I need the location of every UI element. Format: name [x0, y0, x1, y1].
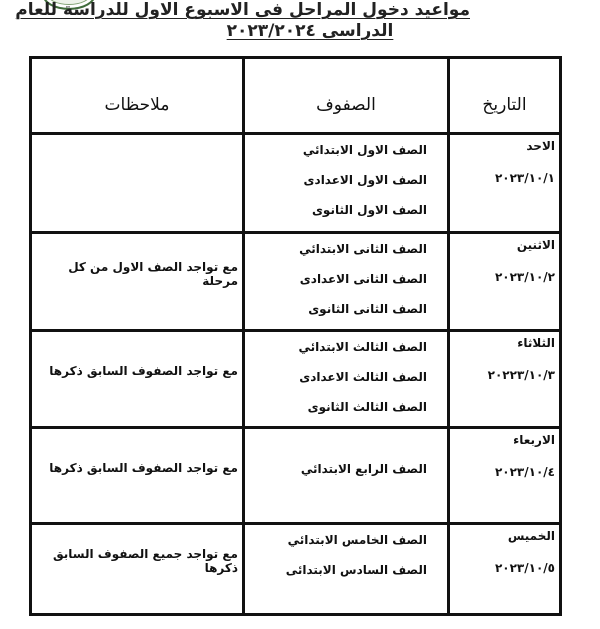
column-header-date-label: التاريخ	[482, 95, 526, 115]
date-cell: الاحد ٢٠٢٣/١٠/١	[449, 134, 561, 233]
grade-item: الصف السادس الابتدائى	[245, 555, 447, 585]
date-value: ٢٠٢٢٣/١٠/٣	[450, 368, 555, 382]
notes-cell: مع تواجد الصف الاول من كل مرحلة	[31, 233, 244, 331]
day-name: الاثنين	[450, 238, 555, 252]
column-header-grades-label: الصفوف	[316, 95, 376, 115]
column-header-date: التاريخ	[449, 58, 561, 134]
notes-cell	[31, 134, 244, 233]
note-text: مع تواجد الصفوف السابق ذكرها	[49, 364, 238, 378]
table-header-row: التاريخ الصفوف ملاحظات	[31, 58, 561, 134]
date-cell: الاربعاء ٢٠٢٣/١٠/٤	[449, 428, 561, 524]
table-row: الخميس ٢٠٢٣/١٠/٥ الصف الخامس الابتدائي ا…	[31, 524, 561, 615]
grades-cell: الصف الثانى الابتدائي الصف الثانى الاعدا…	[244, 233, 449, 331]
grades-cell: الصف الرابع الابتدائي	[244, 428, 449, 524]
grade-item: الصف الثانى الثانوى	[245, 294, 447, 324]
grade-item: الصف الخامس الابتدائي	[245, 525, 447, 555]
grades-cell: الصف الخامس الابتدائي الصف السادس الابتد…	[244, 524, 449, 615]
grade-item: الصف الثانى الاعدادى	[245, 264, 447, 294]
date-value: ٢٠٢٣/١٠/٥	[450, 561, 555, 575]
column-header-notes-label: ملاحظات	[105, 95, 170, 115]
date-value: ٢٠٢٣/١٠/٢	[450, 270, 555, 284]
day-name: الاحد	[450, 139, 555, 153]
day-name: الثلاثاء	[450, 336, 555, 350]
column-header-grades: الصفوف	[244, 58, 449, 134]
grade-item: الصف الاول الابتدائي	[245, 135, 447, 165]
grade-item: الصف الرابع الابتدائي	[245, 454, 447, 484]
date-cell: الثلاثاء ٢٠٢٢٣/١٠/٣	[449, 331, 561, 428]
grades-cell: الصف الاول الابتدائي الصف الاول الاعدادى…	[244, 134, 449, 233]
table-row: الاحد ٢٠٢٣/١٠/١ الصف الاول الابتدائي الص…	[31, 134, 561, 233]
column-header-notes: ملاحظات	[31, 58, 244, 134]
grade-item: الصف الاول الاعدادى	[245, 165, 447, 195]
table-row: الاربعاء ٢٠٢٣/١٠/٤ الصف الرابع الابتدائي…	[31, 428, 561, 524]
schedule-table: التاريخ الصفوف ملاحظات الاحد ٢٠٢٣/١٠/١ ا…	[29, 56, 562, 616]
date-cell: الاثنين ٢٠٢٣/١٠/٢	[449, 233, 561, 331]
table-row: الاثنين ٢٠٢٣/١٠/٢ الصف الثانى الابتدائي …	[31, 233, 561, 331]
grade-item: الصف الثالث الابتدائي	[245, 332, 447, 362]
page-title-line-2: الدراسى ٢٠٢٣/٢٠٢٤	[180, 21, 440, 41]
date-cell: الخميس ٢٠٢٣/١٠/٥	[449, 524, 561, 615]
grades-cell: الصف الثالث الابتدائي الصف الثالث الاعدا…	[244, 331, 449, 428]
grade-item: الصف الثانى الابتدائي	[245, 234, 447, 264]
grade-item: الصف الثالث الاعدادى	[245, 362, 447, 392]
note-text: مع تواجد جميع الصفوف السابق ذكرها	[53, 547, 238, 575]
notes-cell: مع تواجد جميع الصفوف السابق ذكرها	[31, 524, 244, 615]
date-value: ٢٠٢٣/١٠/١	[450, 171, 555, 185]
date-value: ٢٠٢٣/١٠/٤	[450, 465, 555, 479]
notes-cell: مع تواجد الصفوف السابق ذكرها	[31, 428, 244, 524]
notes-cell: مع تواجد الصفوف السابق ذكرها	[31, 331, 244, 428]
day-name: الخميس	[450, 529, 555, 543]
grade-item: الصف الاول الثانوى	[245, 195, 447, 225]
table-row: الثلاثاء ٢٠٢٢٣/١٠/٣ الصف الثالث الابتدائ…	[31, 331, 561, 428]
day-name: الاربعاء	[450, 433, 555, 447]
note-text: مع تواجد الصف الاول من كل مرحلة	[68, 260, 238, 288]
page-title-line-1: مواعيد دخول المراحل فى الاسبوع الاول للد…	[120, 0, 470, 20]
note-text: مع تواجد الصفوف السابق ذكرها	[49, 461, 238, 475]
grade-item: الصف الثالث الثانوى	[245, 392, 447, 422]
